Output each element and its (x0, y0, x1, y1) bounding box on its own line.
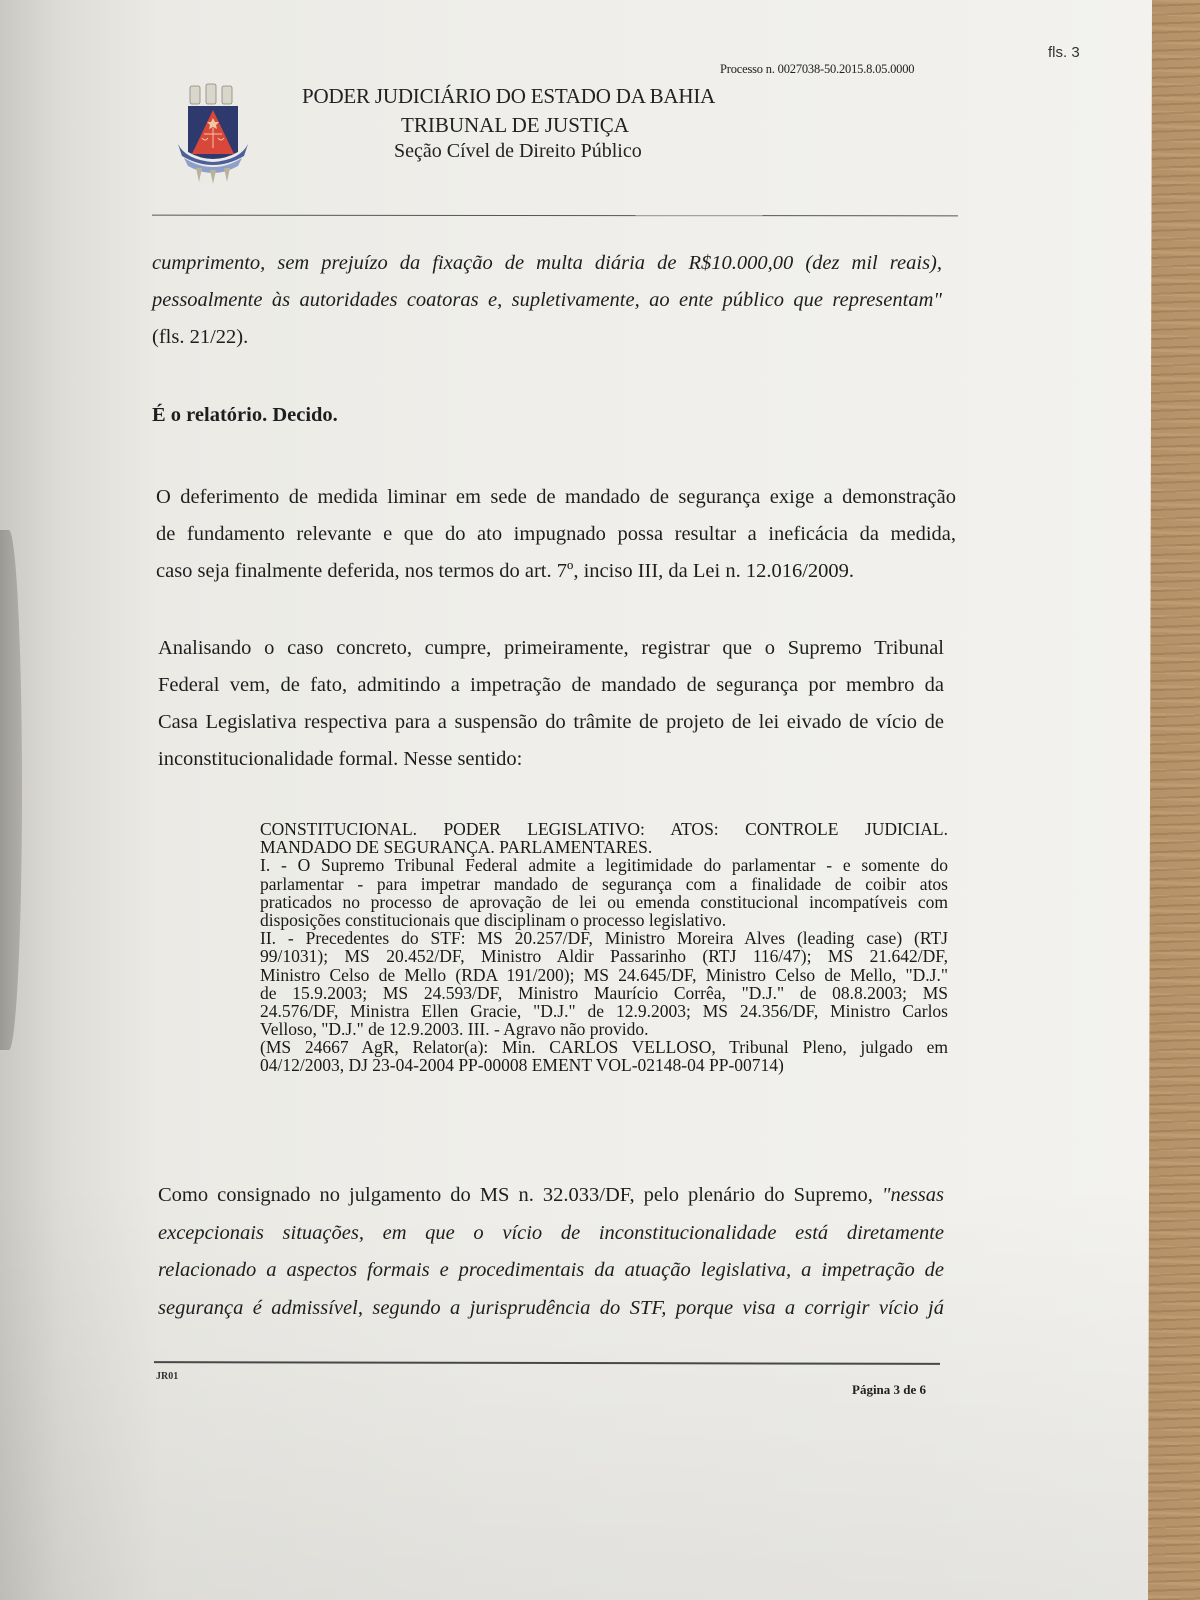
text-line: pessoalmente às autoridades coatoras e, … (152, 282, 942, 319)
section-heading: É o relatório. Decido. (152, 397, 942, 434)
quote-line: (MS 24667 AgR, Relator(a): Min. CARLOS V… (260, 1038, 948, 1056)
quote-line: 04/12/2003, DJ 23-04-2004 PP-00008 EMENT… (260, 1056, 948, 1074)
paragraph-quote-continuation: cumprimento, sem prejuízo da fixação de … (152, 245, 942, 356)
quote-line: Velloso, "D.J." de 12.9.2003. III. - Agr… (260, 1020, 948, 1038)
paragraph-liminar: O deferimento de medida liminar em sede … (156, 479, 956, 590)
quote-line: 24.576/DF, Ministra Ellen Gracie, "D.J."… (260, 1002, 948, 1020)
page-number: Página 3 de 6 (852, 1382, 926, 1398)
text-line: cumprimento, sem prejuízo da fixação de … (152, 245, 942, 282)
quote-line: MANDADO DE SEGURANÇA. PARLAMENTARES. (260, 838, 948, 856)
text-line: O deferimento de medida liminar em sede … (156, 479, 956, 516)
header-court-name: PODER JUDICIÁRIO DO ESTADO DA BAHIA (302, 84, 715, 109)
quote-line: 99/1031); MS 20.452/DF, Ministro Aldir P… (260, 947, 948, 965)
text-line: inconstitucionalidade formal. Nesse sent… (158, 741, 944, 778)
text-line: excepcionais situações, em que o vício d… (158, 1215, 944, 1253)
quote-line: parlamentar - para impetrar mandado de s… (260, 875, 948, 893)
footer-code: JR01 (156, 1371, 178, 1382)
text-line: caso seja finalmente deferida, nos termo… (156, 553, 956, 590)
text-line: (fls. 21/22). (152, 319, 942, 356)
header-tribunal: TRIBUNAL DE JUSTIÇA (401, 113, 629, 138)
text-line: Analisando o caso concreto, cumpre, prim… (158, 630, 944, 667)
paragraph-ms-32033: Como consignado no julgamento do MS n. 3… (158, 1177, 944, 1327)
quote-line: de 15.9.2003; MS 24.593/DF, Ministro Mau… (260, 984, 948, 1002)
text-plain: Como consignado no julgamento do MS n. 3… (158, 1184, 882, 1206)
quote-line: I. - O Supremo Tribunal Federal admite a… (260, 856, 948, 874)
text-line: segurança é admissível, segundo a jurisp… (158, 1290, 944, 1328)
quote-line: CONSTITUCIONAL. PODER LEGISLATIVO: ATOS:… (260, 820, 948, 838)
text-line: relacionado a aspectos formais e procedi… (158, 1252, 944, 1290)
process-number: Processo n. 0027038-50.2015.8.05.0000 (720, 62, 914, 77)
text-italic: "nessas (882, 1184, 944, 1206)
folio-number: fls. 3 (1048, 44, 1080, 61)
text-line: de fundamento relevante e que do ato imp… (156, 516, 956, 553)
paragraph-analysis: Analisando o caso concreto, cumpre, prim… (158, 630, 944, 778)
header-section: Seção Cível de Direito Público (394, 140, 642, 163)
text-line: Como consignado no julgamento do MS n. 3… (158, 1177, 944, 1215)
header-divider (152, 215, 958, 217)
jurisprudence-block-quote: CONSTITUCIONAL. PODER LEGISLATIVO: ATOS:… (260, 820, 948, 1075)
underlying-sheet-shadow (0, 530, 22, 1050)
coat-of-arms-icon (176, 82, 250, 186)
heading-text: É o relatório. Decido. (152, 397, 942, 434)
quote-line: Ministro Celso de Mello (RDA 191/200); M… (260, 966, 948, 984)
quote-line: disposições constitucionais que discipli… (260, 911, 948, 929)
text-line: Federal vem, de fato, admitindo a impetr… (158, 667, 944, 704)
quote-line: II. - Precedentes do STF: MS 20.257/DF, … (260, 929, 948, 947)
document-page: fls. 3 Processo n. 0027038-50.2015.8.05.… (0, 0, 1152, 1600)
footer-divider (154, 1361, 940, 1365)
quote-line: praticados no processo de aprovação de l… (260, 893, 948, 911)
text-line: Casa Legislativa respectiva para a suspe… (158, 704, 944, 741)
